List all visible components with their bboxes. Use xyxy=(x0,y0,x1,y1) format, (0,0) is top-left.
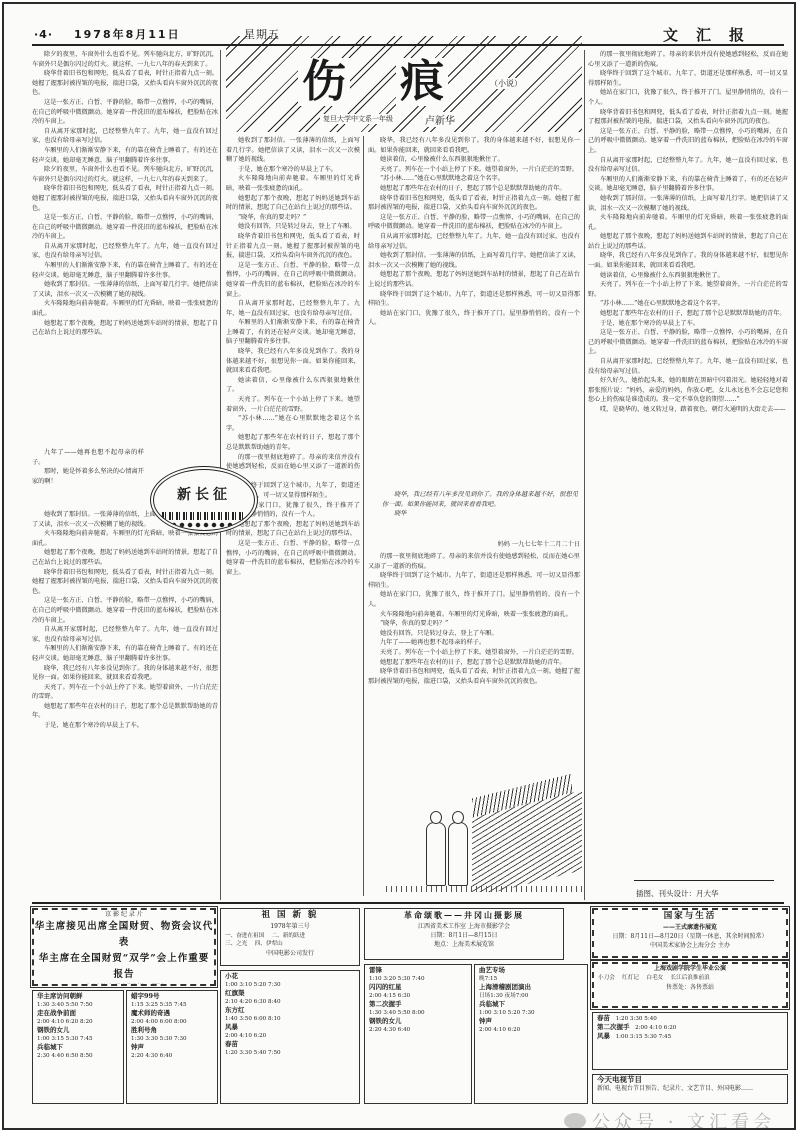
ad-header: 京 影 纪 录 片 xyxy=(34,910,214,919)
paragraph: “苏小林……”她在心里默默地念着这个名字。 xyxy=(588,299,788,309)
paragraph: 车厢里的人们渐渐安静下来，有的靠在椅背上睡着了，有的还在轻声交谈。她却毫无睡意，… xyxy=(32,146,218,165)
listing-title: 上海滑稽剧团演出 xyxy=(479,983,531,991)
paragraph: 九年了——她再也想不起母亲的样子。 xyxy=(32,448,144,467)
ad-footer: 中国美术家协会上海分会 主办 xyxy=(594,941,786,950)
listing-box-4: 雷锋 1:10 3:20 5:30 7:40 闪闪的红星 2:00 4:15 6… xyxy=(364,964,472,1104)
listing-title: 第二次握手 xyxy=(369,1000,402,1008)
author-affiliation: 复旦大学中文系一年级 xyxy=(320,114,396,124)
listing-title: 华主席访问朝鲜 xyxy=(37,992,83,1000)
figure-right xyxy=(448,822,468,886)
paragraph: 天亮了。列车在一个小站上停了下来。她望着窗外，一片白茫茫的雪野。 xyxy=(588,280,788,299)
paragraph: 火车隆隆地向前奔驰着。车厢里的灯光昏暗，映着一张张疲惫的面孔。 xyxy=(368,610,580,620)
paragraph: “苏小林……”她在心里默默地念着这个名字。 xyxy=(368,174,580,184)
ad-item-list: 小刀会 红灯记 白毛女 长江后浪推前浪 xyxy=(594,973,786,983)
paragraph: 这是一张方正、白皙、平静的脸，略带一点憔悴，小巧的嘴唇，在自己的呼吸中微微颤动。… xyxy=(588,127,788,156)
paragraph: 的那一夜里彻底地碎了。母亲的来信并没有使她感到轻松，反而在她心里又添了一道新的伤… xyxy=(588,50,788,69)
paragraph: 她站在家门口，犹豫了很久，终于推开了门。屋里静悄悄的，没有一个人。 xyxy=(368,590,580,609)
paragraph: 这是一张方正、白皙、平静的脸，略带一点憔悴，小巧的嘴唇，在自己的呼吸中微微颤动。… xyxy=(368,213,580,232)
paragraph: 她站在家门口，犹豫了很久，终于推开了门。屋里静悄悄的，没有一个人。 xyxy=(588,88,788,107)
paragraph: 晓华背着旧书包和网兜，低头看了看表，时针正指着九点一刻。她握了握那封被捏皱的电报… xyxy=(588,108,788,127)
paragraph: 她没有回答，只是转过身去，登上了车厢。 xyxy=(226,222,360,232)
paragraph: 好久好久，她抬起头来，她的眼睛在黑暗中闪着泪光。她轻轻地对着那张照片说：“妈妈，… xyxy=(588,376,788,405)
listing-title: 钟声 xyxy=(131,1043,144,1051)
paragraph: 除夕的夜里，车窗外什么也看不见。列车驰向北方，旷野沉沉，车窗外只是偶尔闪过的灯火… xyxy=(32,50,218,69)
section-badge-label: 新长征 xyxy=(154,484,254,504)
paragraph: 她想起了那些年在农村的日子，想起了那个总是默默帮助她的青年。 xyxy=(588,309,788,319)
listing-title: 小花 xyxy=(225,972,238,980)
listing-title: 风暴 xyxy=(225,1023,238,1031)
ad-photo-exhibition: 革命颂歌——井冈山摄影展 江西省美术工作室 上海市摄影学会 日期：8月1日—8月… xyxy=(364,908,564,960)
paragraph: 晓华，我已经有八年多没见到你了。我的身体越来越不好，很想见你一面。如果你能回来，… xyxy=(382,490,578,509)
ad-item: 四、伊犁山 xyxy=(255,941,283,947)
paragraph: 天亮了。列车在一个小站上停了下来。她望着窗外，一片白茫茫的雪野。 xyxy=(32,683,218,702)
listing-title: 红旗渠 xyxy=(225,989,245,997)
paragraph: 她想起了那些年在农村的日子，想起了那个总是默默帮助她的青年。 xyxy=(32,702,218,721)
paragraph: 她读着信，心里像被什么东西狠狠地揪住了。 xyxy=(588,271,788,281)
author-name: 卢新华 xyxy=(422,112,458,127)
listing-title: 胜利号角 xyxy=(131,1026,157,1034)
paragraph: 这是一张方正、白皙、平静的脸，略带一点憔悴，小巧的嘴唇，在自己的呼吸中微微颤动。… xyxy=(32,98,218,127)
ad-item: 三、之光 xyxy=(225,941,247,947)
story-title-block: 伤 痕 （小说） 复旦大学中文系一年级 卢新华 xyxy=(226,36,582,132)
paragraph: 的那一夜里彻底地碎了。母亲的来信并没有使她感到轻松，反而在她心里又添了一道新的伤… xyxy=(368,552,580,571)
paragraph: 她站在家门口，犹豫了很久，终于推开了门。屋里静悄悄的，没有一个人。 xyxy=(368,309,580,328)
paragraph: 她想起了那个夜晚，想起了妈妈送她到车站时的情景，想起了自己在站台上说过的那些话。 xyxy=(226,194,360,213)
paragraph: 天亮了。列车在一个小站上停了下来。她望着窗外，一片白茫茫的雪野。 xyxy=(368,165,580,175)
ad-header: 革命颂歌——井冈山摄影展 xyxy=(365,909,563,922)
paragraph: 火车隆隆地向前奔驰着。车厢里的灯光昏暗，映着一张张疲惫的面孔。 xyxy=(226,174,360,193)
paragraph: 这是一张方正、白皙、平静的脸，略带一点憔悴，小巧的嘴唇，在自己的呼吸中微微颤动。… xyxy=(226,539,360,577)
issue-date: 1978年8月11日 xyxy=(74,26,244,42)
newspaper-page: ·4· 1978年8月11日 星期五 文汇报 除夕的夜里，车窗外什么也看不见。列… xyxy=(2,2,796,1130)
paragraph: 她没有回答，只是转过身去，登上了车厢。 xyxy=(368,629,580,639)
paragraph: 车厢里的人们渐渐安静下来，有的靠在椅背上睡着了，有的还在轻声交谈。她却毫无睡意，… xyxy=(32,644,218,663)
paragraph: 她读着信，心里像被什么东西狠狠地揪住了。 xyxy=(368,155,580,165)
listing-entries: 春苗 1:20 3:30 5:40 第二次握手 2:00 4:10 6:20 风… xyxy=(593,1013,787,1042)
watermark: 公众号 · 文汇看会 xyxy=(564,1108,775,1130)
listing-box-2: 蜡字99号 1:15 3:25 5:35 7:45 魔术师的奇遇 2:00 4:… xyxy=(126,990,218,1104)
ad-headline-1: 华主席接见出席全国财贸、物资会议代表 xyxy=(34,919,214,951)
wechat-logo-icon xyxy=(564,1113,586,1129)
paragraph: 她想起了那个夜晚，想起了妈妈送她到车站时的情景，想起了自己在站台上说过的那些话。 xyxy=(32,319,218,338)
story-column-1c: 她收到了那封信。一张薄薄的信纸，上面写着几行字。她把信读了又读，泪水一次又一次模… xyxy=(32,510,218,894)
ad-item: 白毛女 xyxy=(646,975,663,981)
paragraph: 除夕的夜里，车窗外什么也看不见。列车驰向北方，旷野沉沉，车窗外只是偶尔闪过的灯火… xyxy=(32,165,218,184)
section-badge-new-long-march: 新长征 xyxy=(150,466,258,534)
letter-signature: 晓华 xyxy=(382,509,578,519)
ad-header: 祖 国 新 貌 xyxy=(221,909,359,922)
paragraph: 晓华，我已经有八年多没见到你了。我的身体越来越不好，很想见你一面。如果你能回来，… xyxy=(226,347,360,376)
listing-box-3: 小花 1:00 3:10 5:20 7:30 红旗渠 2:10 4:20 6:3… xyxy=(220,970,360,1104)
listing-title: 第二次握手 xyxy=(597,1023,630,1031)
paragraph: 于是，她在那个寒冷的早晨上了车。 xyxy=(588,319,788,329)
ad-header: 国家与生活 xyxy=(594,910,786,923)
paragraph: 哎，是晓华的，她又转过身，踏着夜色，朝灯火通明的大街走去—— xyxy=(588,405,788,415)
paragraph: 晓华终于回到了这个城市。九年了，街道还是那样熟悉，可一切又显得那样陌生。 xyxy=(368,290,580,309)
paragraph: 她想起了那些年在农村的日子，想起了那个总是默默帮助她的青年。 xyxy=(368,658,580,668)
ad-item: 二、新的跃进 xyxy=(272,933,306,939)
ad-headline-2: 华主席在全国财贸“双学”会上作重要报告 xyxy=(34,951,214,983)
listing-title: 钟声 xyxy=(479,1017,492,1025)
paragraph: 晓华背着旧书包和网兜，低头看了看表，时针正指着九点一刻。她握了握那封被捏皱的电报… xyxy=(226,232,360,261)
paragraph: 晓华，我已经有八年多没见到你了。我的身体越来越不好，很想见你一面。如果你能回来，… xyxy=(32,664,218,683)
ad-venue: 地点：上海美术展览馆 xyxy=(365,940,563,949)
paragraph: 车厢里的人们渐渐安静下来，有的靠在椅背上睡着了，有的还在轻声交谈。她却毫无睡意，… xyxy=(226,318,360,347)
paragraph: 自从离开家那时起，已经整整九年了。九年，她一直没有回过家，也没有给母亲写过信。 xyxy=(32,625,218,644)
figure-left xyxy=(426,822,446,886)
listing-box-1: 华主席访问朝鲜 1:30 3:40 5:50 7:50 走在战争前面 2:00 … xyxy=(32,990,124,1104)
ad-item: 红灯记 xyxy=(622,975,639,981)
ad-footer: 中国电影公司发行 xyxy=(221,949,359,958)
letter-excerpt: 晓华，我已经有八年多没见到你了。我的身体越来越不好，很想见你一面。如果你能回来，… xyxy=(382,490,578,538)
ad-dates: 日期：8月1日—8月15日 xyxy=(365,931,563,940)
paragraph: 这是一张方正、白皙、平静的脸，略带一点憔悴，小巧的嘴唇，在自己的呼吸中微微颤动。… xyxy=(226,261,360,299)
paragraph: 晓华，我已经有八年多没见到你了。我的身体越来越不好，很想见你一面。如果你能回来，… xyxy=(588,251,788,270)
ad-motherland: 祖 国 新 貌 1978年第三号 一、奋进在祖国 二、新的跃进 三、之光 四、伊… xyxy=(220,908,360,966)
story-title-char-1: 伤 xyxy=(298,58,350,106)
story-column-1b: 九年了——她再也想不起母亲的样子。 那时，她是怀着多么坚决的心情离开家的啊！ xyxy=(32,448,144,508)
listing-entries: 曲艺专场 晚7:15 上海滑稽剧团演出 日场1:30 夜场7:00 兵临城下 1… xyxy=(475,965,587,1035)
ad-organizer: 江西省美术工作室 上海市摄影学会 xyxy=(365,922,563,931)
story-column-1: 除夕的夜里，车窗外什么也看不见。列车驰向北方，旷野沉沉，车窗外只是偶尔闪过的灯火… xyxy=(32,50,218,446)
listing-box-5: 曲艺专场 晚7:15 上海滑稽剧团演出 日场1:30 夜场7:00 兵临城下 1… xyxy=(474,964,588,1104)
signoff: 妈妈 一九七七年十二月二十日 xyxy=(498,541,580,548)
paragraph: 那时，她是怀着多么坚决的心情离开家的啊！ xyxy=(32,467,144,486)
ad-item: 一、奋进在祖国 xyxy=(225,933,264,939)
paragraph: 火车隆隆地向前奔驰着。车厢里的灯光昏暗，映着一张张疲惫的面孔。 xyxy=(588,213,788,232)
listing-title: 蜡字99号 xyxy=(131,992,160,1000)
story-title-char-2: 痕 xyxy=(396,58,448,106)
story-illustration xyxy=(386,774,582,892)
skyline-graphic xyxy=(162,512,246,520)
story-column-4: 的那一夜里彻底地碎了。母亲的来信并没有使她感到轻松，反而在她心里又添了一道新的伤… xyxy=(588,50,788,880)
listing-title: 春苗 xyxy=(225,1040,238,1048)
listing-title: 闪闪的红星 xyxy=(369,983,402,991)
listing-entries: 小花 1:00 3:10 5:20 7:30 红旗渠 2:10 4:20 6:3… xyxy=(221,971,359,1058)
listing-entries: 雷锋 1:10 3:20 5:30 7:40 闪闪的红星 2:00 4:15 6… xyxy=(365,965,471,1035)
paragraph: 自从离开家那时起，已经整整九年了。九年，她一直没有回过家，也没有给母亲写过信。 xyxy=(32,242,218,261)
paragraph: 晓华终于回到了这个城市。九年了，街道还是那样熟悉，可一切又显得那样陌生。 xyxy=(368,571,580,590)
listing-title: 风暴 xyxy=(597,1032,610,1040)
paragraph: 她收到了那封信。一张薄薄的信纸，上面写着几行字。她把信读了又读，泪水一次又一次模… xyxy=(588,194,788,213)
ad-header: 上海戏剧学院学生毕业公演 xyxy=(594,964,786,973)
listing-entries: 蜡字99号 1:15 3:25 5:35 7:45 魔术师的奇遇 2:00 4:… xyxy=(127,991,217,1061)
paragraph: 她想起了那个夜晚，想起了妈妈送她到车站时的情景，想起了自己在站台上说过的那些话。 xyxy=(32,548,218,567)
page-number: ·4· xyxy=(34,28,74,41)
ad-header: 今天电视节目 xyxy=(593,1075,787,1084)
ad-text: 新闻、电视台节目预告、纪录片、文艺节目、外国电影…… xyxy=(593,1084,787,1093)
paragraph: 晓华，我已经有八年多没见到你了。我的身体越来越不好，很想见你一面。如果你能回来，… xyxy=(368,136,580,155)
listing-title: 曲艺专场 xyxy=(479,966,505,974)
paragraph: 晓华背着旧书包和网兜，低头看了看表，时针正指着九点一刻。她握了握那封被捏皱的电报… xyxy=(32,568,218,597)
ad-item: 小刀会 xyxy=(598,975,615,981)
paragraph: 于是，她在那个寒冷的早晨上了车。 xyxy=(226,165,360,175)
listing-title: 东方红 xyxy=(225,1006,245,1014)
listing-title: 雷锋 xyxy=(369,966,382,974)
paragraph: 这是一张方正、白皙、平静的脸，略带一点憔悴，小巧的嘴唇，在自己的呼吸中微微颤动。… xyxy=(32,213,218,242)
listing-title: 春苗 xyxy=(597,1014,610,1022)
paragraph: “晓华，你真的要走吗？” xyxy=(226,213,360,223)
listing-title: 魔术师的奇遇 xyxy=(131,1009,170,1017)
paragraph: 车厢里的人们渐渐安静下来，有的靠在椅背上睡着了，有的还在轻声交谈。她却毫无睡意，… xyxy=(588,175,788,194)
paragraph: 晓华背着旧书包和网兜，低头看了看表，时针正指着九点一刻。她握了握那封被捏皱的电报… xyxy=(32,184,218,213)
paragraph: 车厢里的人们渐渐安静下来，有的靠在椅背上睡着了，有的还在轻声交谈。她却毫无睡意，… xyxy=(32,261,218,280)
paragraph: 晓华终于回到了这个城市。九年了，街道还是那样熟悉，可一切又显得那样陌生。 xyxy=(588,69,788,88)
ad-tv-schedule: 今天电视节目 新闻、电视台节目预告、纪录片、文艺节目、外国电影…… xyxy=(592,1074,788,1104)
story-column-3: 晓华，我已经有八年多没见到你了。我的身体越来越不好，很想见你一面。如果你能回来，… xyxy=(368,136,580,488)
paragraph: 火车隆隆地向前奔驰着。车厢里的灯光昏暗，映着一张张疲惫的面孔。 xyxy=(32,299,218,318)
paragraph: 的那一夜里彻底地碎了。母亲的来信并没有使她感到轻松，反而在她心里又添了一道新的伤… xyxy=(226,453,360,482)
ad-item-list: 一、奋进在祖国 二、新的跃进 三、之光 四、伊犁山 xyxy=(221,931,359,949)
paragraph: 这是一张方正、白皙、平静的脸，略带一点憔悴，小巧的嘴唇，在自己的呼吸中微微颤动。… xyxy=(32,596,218,625)
paragraph: 她收到了那封信。一张薄薄的信纸，上面写着几行字。她把信读了又读，泪水一次又一次模… xyxy=(32,280,218,299)
paragraph: 自从离开家那时起，已经整整九年了。九年，她一直没有回过家，也没有给母亲写过信。 xyxy=(226,299,360,318)
paragraph: 她收到了那封信。一张薄薄的信纸，上面写着几行字。她把信读了又读，泪水一次又一次模… xyxy=(226,136,360,165)
ad-art-exhibition: 国家与生活 ——王式廓遗作展览 日期：8月11日—8月20日（星期一休息，其余时… xyxy=(592,908,788,958)
paragraph: 自从离开家那时起，已经整整九年了。九年，她一直没有回过家，也没有给母亲写过信。 xyxy=(588,156,788,175)
paragraph: 自从离开家那时起，已经整整九年了。九年，她一直没有回过家，也没有给母亲写过信。 xyxy=(588,357,788,376)
ad-footer: 售票处：各售票站 xyxy=(594,983,786,992)
paragraph: 她收到了那封信。一张薄薄的信纸，上面写着几行字。她把信读了又读，泪水一次又一次模… xyxy=(368,251,580,270)
paragraph: 天亮了。列车在一个小站上停了下来。她望着窗外，一片白茫茫的雪野。 xyxy=(226,395,360,414)
column-divider xyxy=(584,50,585,900)
paragraph: 这是一张方正、白皙、平静的脸，略带一点憔悴，小巧的嘴唇，在自己的呼吸中微微颤动。… xyxy=(588,328,788,357)
story-end-rule xyxy=(634,880,774,881)
ad-documentary: 京 影 纪 录 片 华主席接见出席全国财贸、物资会议代表 华主席在全国财贸“双学… xyxy=(32,908,216,986)
paragraph: 天亮了。列车在一个小站上停了下来。她望着窗外，一片白茫茫的雪野。 xyxy=(368,648,580,658)
paragraph: 她读着信，心里像被什么东西狠狠地揪住了。 xyxy=(226,376,360,395)
listing-title: 走在战争前面 xyxy=(37,1009,76,1017)
ad-producer: 中央新闻纪录电影制片厂摄制 xyxy=(34,983,214,986)
ads-divider xyxy=(32,902,784,904)
story-column-3b: 的那一夜里彻底地碎了。母亲的来信并没有使她感到轻松，反而在她心里又添了一道新的伤… xyxy=(368,552,580,770)
paragraph: 她想起了那个夜晚，想起了妈妈送她到车站时的情景，想起了自己在站台上说过的那些话。 xyxy=(588,232,788,251)
listing-entries: 华主席访问朝鲜 1:30 3:40 5:50 7:50 走在战争前面 2:00 … xyxy=(33,991,123,1061)
story-genre: （小说） xyxy=(488,78,524,89)
paragraph: 她想起了那些年在农村的日子，想起了那个总是默默帮助她的青年。 xyxy=(226,433,360,452)
paragraph: 于是，她在那个寒冷的早晨上了车。 xyxy=(32,721,218,731)
illustration-credit: 插图、刊头设计：月大华 xyxy=(636,888,719,899)
listing-title: 兵临城下 xyxy=(479,1000,505,1008)
ad-opera: 上海戏剧学院学生毕业公演 小刀会 红灯记 白毛女 长江后浪推前浪 售票处：各售票… xyxy=(592,962,788,1008)
paragraph: 自从离开家那时起，已经整整九年了。九年，她一直没有回过家，也没有给母亲写过信。 xyxy=(368,232,580,251)
paragraph: 晓华背着旧书包和网兜，低头看了看表，时针正指着九点一刻。她握了握那封被捏皱的电报… xyxy=(368,667,580,686)
paragraph: “晓华，你真的要走吗？” xyxy=(368,619,580,629)
listing-title: 兵临城下 xyxy=(37,1043,63,1051)
listing-box-6: 春苗 1:20 3:30 5:40 第二次握手 2:00 4:10 6:20 风… xyxy=(592,1012,788,1070)
paragraph: 九年了——她再也想不起母亲的样子。 xyxy=(368,638,580,648)
column-divider xyxy=(363,136,364,896)
paragraph: 晓华背着旧书包和网兜，低头看了看表，时针正指着九点一刻。她握了握那封被捏皱的电报… xyxy=(32,69,218,98)
paper-name: 文汇报 xyxy=(663,24,762,45)
paragraph: 她想起了那个夜晚，想起了妈妈送她到车站时的情景，想起了自己在站台上说过的那些话。 xyxy=(368,270,580,289)
listing-title: 钢铁的女儿 xyxy=(37,1026,70,1034)
ad-item: 长江后浪推前浪 xyxy=(671,975,710,981)
letter-signoff: 妈妈 一九七七年十二月二十日 xyxy=(444,540,580,550)
ad-subheader: ——王式廓遗作展览 xyxy=(594,923,786,932)
flower-border xyxy=(154,521,254,530)
paragraph: 晓华背着旧书包和网兜，低头看了看表，时针正指着九点一刻。她握了握那封被捏皱的电报… xyxy=(368,194,580,213)
ground xyxy=(386,886,582,892)
watermark-text: 公众号 · 文汇看会 xyxy=(592,1108,775,1130)
listing-title: 钢铁的女儿 xyxy=(369,1017,402,1025)
ad-dates: 日期：8月11日—8月20日（星期一休息，其余时间照常） xyxy=(594,932,786,941)
paragraph: “苏小林……”她在心里默默地念着这个名字。 xyxy=(226,414,360,433)
ad-subheader: 1978年第三号 xyxy=(221,922,359,931)
paragraph: 自从离开家那时起，已经整整九年了。九年，她一直没有回过家，也没有给母亲写过信。 xyxy=(32,127,218,146)
paragraph: 她想起了那些年在农村的日子，想起了那个总是默默帮助她的青年。 xyxy=(368,184,580,194)
